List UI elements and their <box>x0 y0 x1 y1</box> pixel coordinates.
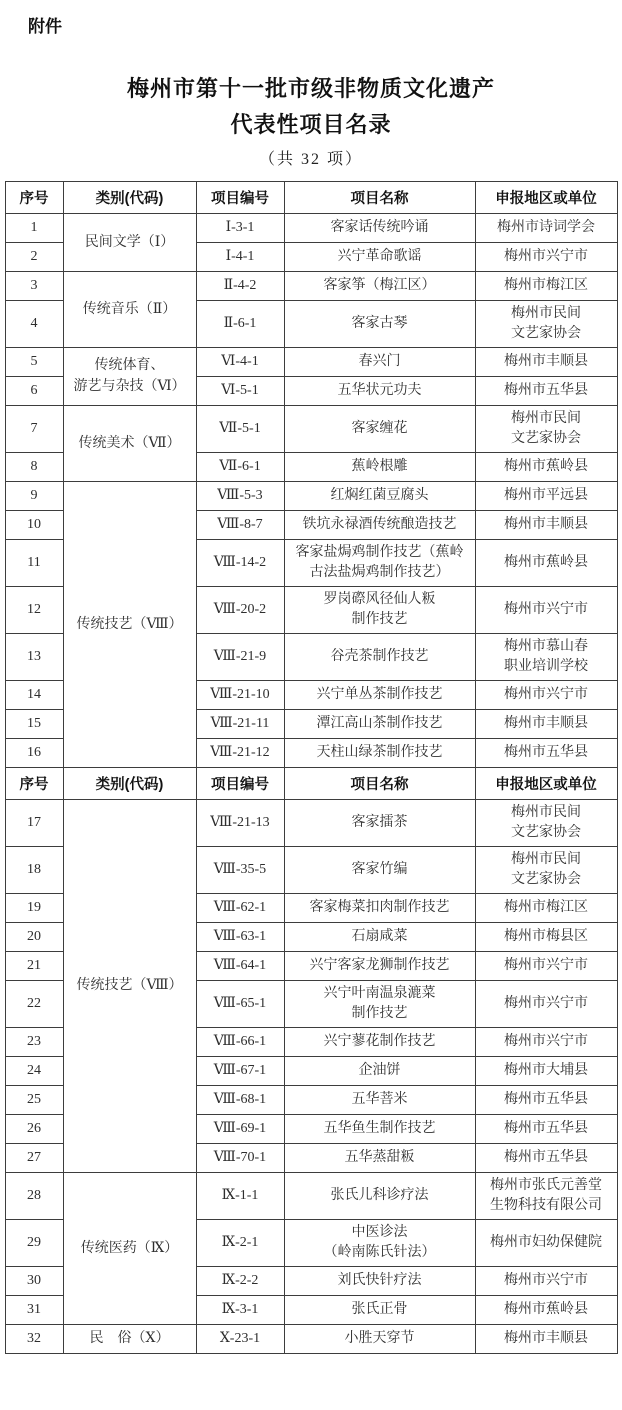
page-title-line-2: 代表性项目名录 <box>0 107 622 143</box>
row-number-cell: 9 <box>5 482 63 511</box>
project-code-cell: Ⅷ-8-7 <box>196 511 284 540</box>
table-row: 7传统美术（Ⅶ）Ⅶ-5-1客家缠花梅州市民间 文艺家协会 <box>5 406 617 453</box>
table-row: 32民 俗（Ⅹ）Ⅹ-23-1小胜天穿节梅州市丰顺县 <box>5 1325 617 1354</box>
row-number-cell: 26 <box>5 1115 63 1144</box>
declaring-unit-cell: 梅州市妇幼保健院 <box>475 1220 617 1267</box>
row-number-cell: 4 <box>5 301 63 348</box>
header-cell: 申报地区或单位 <box>475 182 617 214</box>
declaring-unit-cell: 梅州市民间 文艺家协会 <box>475 406 617 453</box>
project-name-cell: 天柱山绿茶制作技艺 <box>284 739 475 768</box>
declaring-unit-cell: 梅州市兴宁市 <box>475 1028 617 1057</box>
declaring-unit-cell: 梅州市诗词学会 <box>475 214 617 243</box>
project-name-cell: 潭江高山茶制作技艺 <box>284 710 475 739</box>
category-cell: 传统技艺（Ⅷ） <box>63 800 196 1173</box>
project-name-cell: 兴宁单丛茶制作技艺 <box>284 681 475 710</box>
project-name-cell: 石扇咸菜 <box>284 923 475 952</box>
row-number-cell: 15 <box>5 710 63 739</box>
page-title-line-1: 梅州市第十一批市级非物质文化遗产 <box>0 71 622 107</box>
row-number-cell: 5 <box>5 348 63 377</box>
project-name-cell: 五华菩米 <box>284 1086 475 1115</box>
declaring-unit-cell: 梅州市民间 文艺家协会 <box>475 847 617 894</box>
declaring-unit-cell: 梅州市民间 文艺家协会 <box>475 301 617 348</box>
header-cell: 项目编号 <box>196 768 284 800</box>
row-number-cell: 23 <box>5 1028 63 1057</box>
project-name-cell: 蕉岭根雕 <box>284 453 475 482</box>
project-name-cell: 兴宁蓼花制作技艺 <box>284 1028 475 1057</box>
header-cell: 项目编号 <box>196 182 284 214</box>
row-number-cell: 32 <box>5 1325 63 1354</box>
category-cell: 传统美术（Ⅶ） <box>63 406 196 482</box>
project-code-cell: Ⅷ-66-1 <box>196 1028 284 1057</box>
header-cell: 类别(代码) <box>63 182 196 214</box>
declaring-unit-cell: 梅州市五华县 <box>475 1086 617 1115</box>
project-code-cell: Ⅷ-63-1 <box>196 923 284 952</box>
row-number-cell: 18 <box>5 847 63 894</box>
project-name-cell: 客家缠花 <box>284 406 475 453</box>
declaring-unit-cell: 梅州市兴宁市 <box>475 681 617 710</box>
row-number-cell: 8 <box>5 453 63 482</box>
project-name-cell: 客家梅菜扣肉制作技艺 <box>284 894 475 923</box>
row-number-cell: 31 <box>5 1296 63 1325</box>
declaring-unit-cell: 梅州市五华县 <box>475 1115 617 1144</box>
header-cell: 项目名称 <box>284 182 475 214</box>
project-code-cell: Ⅷ-20-2 <box>196 587 284 634</box>
project-code-cell: Ⅹ-23-1 <box>196 1325 284 1354</box>
row-number-cell: 6 <box>5 377 63 406</box>
table-row: 1民间文学（Ⅰ）Ⅰ-3-1客家话传统吟诵梅州市诗词学会 <box>5 214 617 243</box>
declaring-unit-cell: 梅州市五华县 <box>475 1144 617 1173</box>
project-name-cell: 客家竹编 <box>284 847 475 894</box>
project-code-cell: Ⅷ-67-1 <box>196 1057 284 1086</box>
row-number-cell: 7 <box>5 406 63 453</box>
row-number-cell: 27 <box>5 1144 63 1173</box>
project-name-cell: 客家擂茶 <box>284 800 475 847</box>
project-code-cell: Ⅰ-4-1 <box>196 243 284 272</box>
row-number-cell: 2 <box>5 243 63 272</box>
declaring-unit-cell: 梅州市丰顺县 <box>475 1325 617 1354</box>
project-code-cell: Ⅷ-35-5 <box>196 847 284 894</box>
table-header-row: 序号类别(代码)项目编号项目名称申报地区或单位 <box>5 768 617 800</box>
table-row: 3传统音乐（Ⅱ）Ⅱ-4-2客家筝（梅江区）梅州市梅江区 <box>5 272 617 301</box>
project-name-cell: 谷壳茶制作技艺 <box>284 634 475 681</box>
declaring-unit-cell: 梅州市梅县区 <box>475 923 617 952</box>
project-name-cell: 铁坑永禄酒传统酿造技艺 <box>284 511 475 540</box>
project-code-cell: Ⅵ-4-1 <box>196 348 284 377</box>
project-name-cell: 中医诊法 （岭南陈氏针法） <box>284 1220 475 1267</box>
declaring-unit-cell: 梅州市兴宁市 <box>475 952 617 981</box>
project-code-cell: Ⅷ-65-1 <box>196 981 284 1028</box>
row-number-cell: 16 <box>5 739 63 768</box>
header-cell: 类别(代码) <box>63 768 196 800</box>
document-page: 附件 梅州市第十一批市级非物质文化遗产 代表性项目名录 （共 32 项） 序号类… <box>0 0 622 1410</box>
project-name-cell: 红焖红菌豆腐头 <box>284 482 475 511</box>
header-cell: 申报地区或单位 <box>475 768 617 800</box>
row-number-cell: 28 <box>5 1173 63 1220</box>
project-code-cell: Ⅸ-1-1 <box>196 1173 284 1220</box>
declaring-unit-cell: 梅州市丰顺县 <box>475 710 617 739</box>
project-code-cell: Ⅱ-6-1 <box>196 301 284 348</box>
declaring-unit-cell: 梅州市大埔县 <box>475 1057 617 1086</box>
table-row: 5传统体育、 游艺与杂技（Ⅵ）Ⅵ-4-1春兴门梅州市丰顺县 <box>5 348 617 377</box>
declaring-unit-cell: 梅州市平远县 <box>475 482 617 511</box>
category-cell: 传统体育、 游艺与杂技（Ⅵ） <box>63 348 196 406</box>
project-name-cell: 兴宁叶南温泉漉菜 制作技艺 <box>284 981 475 1028</box>
project-code-cell: Ⅷ-64-1 <box>196 952 284 981</box>
row-number-cell: 1 <box>5 214 63 243</box>
heritage-items-table: 序号类别(代码)项目编号项目名称申报地区或单位1民间文学（Ⅰ）Ⅰ-3-1客家话传… <box>5 181 618 1354</box>
table-row: 17传统技艺（Ⅷ）Ⅷ-21-13客家擂茶梅州市民间 文艺家协会 <box>5 800 617 847</box>
project-name-cell: 客家盐焗鸡制作技艺（蕉岭 古法盐焗鸡制作技艺） <box>284 540 475 587</box>
page-title: 梅州市第十一批市级非物质文化遗产 代表性项目名录 <box>0 71 622 142</box>
declaring-unit-cell: 梅州市张氏元善堂 生物科技有限公司 <box>475 1173 617 1220</box>
table-row: 28传统医药（Ⅸ）Ⅸ-1-1张氏儿科诊疗法梅州市张氏元善堂 生物科技有限公司 <box>5 1173 617 1220</box>
project-code-cell: Ⅷ-21-10 <box>196 681 284 710</box>
project-name-cell: 五华蒸甜粄 <box>284 1144 475 1173</box>
declaring-unit-cell: 梅州市兴宁市 <box>475 587 617 634</box>
project-code-cell: Ⅷ-62-1 <box>196 894 284 923</box>
project-code-cell: Ⅷ-21-13 <box>196 800 284 847</box>
category-cell: 民 俗（Ⅹ） <box>63 1325 196 1354</box>
row-number-cell: 29 <box>5 1220 63 1267</box>
declaring-unit-cell: 梅州市梅江区 <box>475 894 617 923</box>
row-number-cell: 13 <box>5 634 63 681</box>
declaring-unit-cell: 梅州市慕山春 职业培训学校 <box>475 634 617 681</box>
declaring-unit-cell: 梅州市丰顺县 <box>475 511 617 540</box>
category-cell: 民间文学（Ⅰ） <box>63 214 196 272</box>
row-number-cell: 25 <box>5 1086 63 1115</box>
project-code-cell: Ⅶ-5-1 <box>196 406 284 453</box>
project-code-cell: Ⅷ-21-11 <box>196 710 284 739</box>
declaring-unit-cell: 梅州市兴宁市 <box>475 243 617 272</box>
project-code-cell: Ⅷ-70-1 <box>196 1144 284 1173</box>
declaring-unit-cell: 梅州市蕉岭县 <box>475 540 617 587</box>
project-code-cell: Ⅸ-2-2 <box>196 1267 284 1296</box>
row-number-cell: 24 <box>5 1057 63 1086</box>
row-number-cell: 20 <box>5 923 63 952</box>
header-cell: 项目名称 <box>284 768 475 800</box>
project-code-cell: Ⅷ-5-3 <box>196 482 284 511</box>
declaring-unit-cell: 梅州市五华县 <box>475 377 617 406</box>
project-code-cell: Ⅷ-21-12 <box>196 739 284 768</box>
project-code-cell: Ⅷ-69-1 <box>196 1115 284 1144</box>
row-number-cell: 3 <box>5 272 63 301</box>
category-cell: 传统技艺（Ⅷ） <box>63 482 196 768</box>
row-number-cell: 19 <box>5 894 63 923</box>
project-name-cell: 春兴门 <box>284 348 475 377</box>
declaring-unit-cell: 梅州市兴宁市 <box>475 981 617 1028</box>
declaring-unit-cell: 梅州市蕉岭县 <box>475 453 617 482</box>
table-row: 9传统技艺（Ⅷ）Ⅷ-5-3红焖红菌豆腐头梅州市平远县 <box>5 482 617 511</box>
category-cell: 传统音乐（Ⅱ） <box>63 272 196 348</box>
header-cell: 序号 <box>5 182 63 214</box>
project-name-cell: 五华状元功夫 <box>284 377 475 406</box>
project-name-cell: 刘氏快针疗法 <box>284 1267 475 1296</box>
row-number-cell: 21 <box>5 952 63 981</box>
table-header-row: 序号类别(代码)项目编号项目名称申报地区或单位 <box>5 182 617 214</box>
row-number-cell: 22 <box>5 981 63 1028</box>
attachment-label: 附件 <box>28 12 622 37</box>
project-name-cell: 五华鱼生制作技艺 <box>284 1115 475 1144</box>
project-code-cell: Ⅸ-2-1 <box>196 1220 284 1267</box>
declaring-unit-cell: 梅州市蕉岭县 <box>475 1296 617 1325</box>
project-code-cell: Ⅷ-14-2 <box>196 540 284 587</box>
project-code-cell: Ⅷ-21-9 <box>196 634 284 681</box>
project-name-cell: 客家古琴 <box>284 301 475 348</box>
declaring-unit-cell: 梅州市五华县 <box>475 739 617 768</box>
declaring-unit-cell: 梅州市兴宁市 <box>475 1267 617 1296</box>
project-code-cell: Ⅸ-3-1 <box>196 1296 284 1325</box>
declaring-unit-cell: 梅州市丰顺县 <box>475 348 617 377</box>
project-name-cell: 张氏正骨 <box>284 1296 475 1325</box>
project-name-cell: 兴宁客家龙狮制作技艺 <box>284 952 475 981</box>
project-name-cell: 企油饼 <box>284 1057 475 1086</box>
row-number-cell: 14 <box>5 681 63 710</box>
project-name-cell: 客家筝（梅江区） <box>284 272 475 301</box>
project-code-cell: Ⅵ-5-1 <box>196 377 284 406</box>
project-name-cell: 兴宁革命歌谣 <box>284 243 475 272</box>
project-name-cell: 客家话传统吟诵 <box>284 214 475 243</box>
row-number-cell: 11 <box>5 540 63 587</box>
project-name-cell: 张氏儿科诊疗法 <box>284 1173 475 1220</box>
row-number-cell: 30 <box>5 1267 63 1296</box>
header-cell: 序号 <box>5 768 63 800</box>
category-cell: 传统医药（Ⅸ） <box>63 1173 196 1325</box>
project-code-cell: Ⅱ-4-2 <box>196 272 284 301</box>
project-code-cell: Ⅷ-68-1 <box>196 1086 284 1115</box>
project-name-cell: 小胜天穿节 <box>284 1325 475 1354</box>
declaring-unit-cell: 梅州市梅江区 <box>475 272 617 301</box>
project-name-cell: 罗岗磜风径仙人粄 制作技艺 <box>284 587 475 634</box>
row-number-cell: 10 <box>5 511 63 540</box>
row-number-cell: 17 <box>5 800 63 847</box>
row-number-cell: 12 <box>5 587 63 634</box>
declaring-unit-cell: 梅州市民间 文艺家协会 <box>475 800 617 847</box>
project-code-cell: Ⅰ-3-1 <box>196 214 284 243</box>
project-code-cell: Ⅶ-6-1 <box>196 453 284 482</box>
item-count-subtitle: （共 32 项） <box>0 146 622 169</box>
